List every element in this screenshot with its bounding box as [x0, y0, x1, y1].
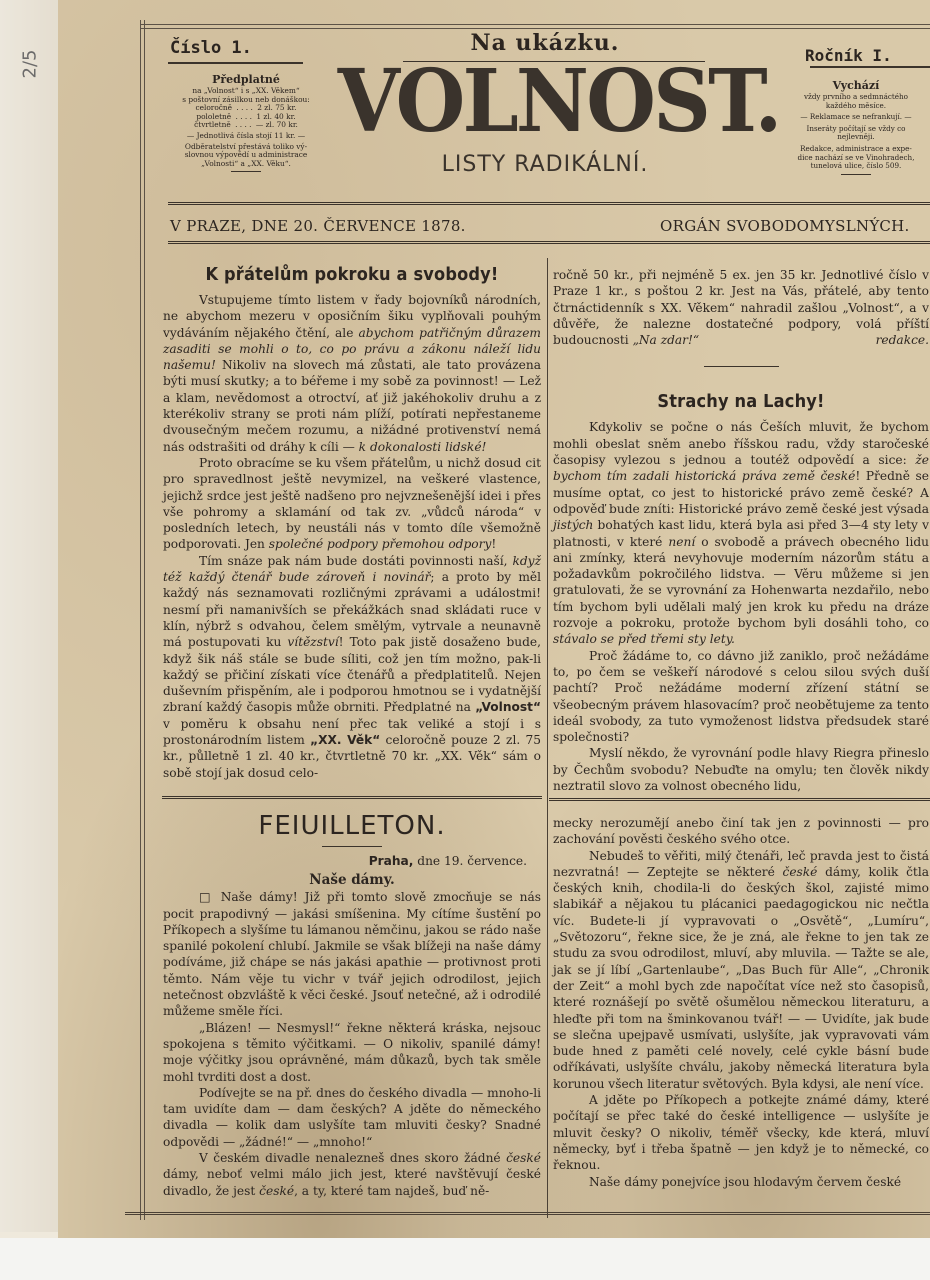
column-divider: [547, 258, 548, 1218]
price-row: čtvrtletně . . . . — zl. 70 kr.: [166, 121, 326, 130]
article-title: K přátelům pokroku a svobody!: [182, 262, 522, 288]
frame-line-left: [140, 20, 145, 1220]
feuilleton-right-column: mecky nerozumějí anebo činí tak jen z po…: [553, 815, 929, 1190]
article-continuation: ročně 50 kr., při nejméně 5 ex. jen 35 k…: [553, 267, 929, 348]
ads-note: nejlevněji.: [780, 133, 930, 142]
handwritten-margin-note: 2/5: [20, 39, 41, 79]
article-paragraph: Proto obracíme se ku všem přátelům, u ni…: [163, 455, 541, 553]
dateline-organ: ORGÁN SVOBODOMYSLNÝCH.: [660, 217, 910, 235]
price-dots: . . . .: [233, 121, 254, 130]
price-period: čtvrtletně: [194, 121, 231, 130]
volume-number: Ročník I.: [805, 46, 892, 65]
article-paragraph: Myslí někdo, že vyrovnání podle hlavy Ri…: [553, 745, 929, 794]
dateline-date: dne 19. července.: [413, 854, 527, 868]
publishing-info-box: Vychází vždy prvního a sedmnáctého každé…: [780, 78, 930, 175]
section-separator: [704, 366, 779, 367]
feuilleton-paragraph: Podívejte se na př. dnes do českého diva…: [163, 1085, 541, 1150]
feuilleton-small-rule: [322, 846, 382, 847]
feuilleton-paragraph: Nebudeš to věřiti, milý čtenáři, leč pra…: [553, 848, 929, 1092]
dateline-place-date: V PRAZE, DNE 20. ČERVENCE 1878.: [170, 217, 466, 235]
dateline-place: Praha,: [369, 854, 414, 868]
page-bottom-rule: [125, 1212, 930, 1215]
feuilleton-paragraph: A jděte po Příkopech a potkejte známé dá…: [553, 1092, 929, 1173]
issue-number: Číslo 1.: [170, 38, 252, 58]
article-paragraph: Tím snáze pak nám bude dostáti povinnost…: [163, 553, 541, 781]
feuilleton-subtitle: Naše dámy.: [163, 871, 541, 889]
newspaper-title: VOLNOST.: [338, 56, 757, 148]
ornament-rule: [231, 171, 261, 172]
article-signature: redakce.: [876, 332, 929, 348]
article-paragraph: Proč žádáme to, co dávno již zaniklo, pr…: [553, 648, 929, 746]
cancel-note: „Volnosti“ a „XX. Věku“.: [166, 160, 326, 169]
dateline-rule-bottom: [168, 241, 930, 244]
editorial-address: tunelová ulice, číslo 509.: [780, 162, 930, 171]
feuilleton-paragraph: „Blázen! — Nesmysl!“ řekne některá krásk…: [163, 1020, 541, 1085]
price-value: — zl. 70 kr.: [256, 121, 298, 130]
subscription-heading: Předplatné: [166, 72, 326, 87]
feuilleton-heading: FEIUILLETON.: [163, 808, 541, 844]
article-right-column: ročně 50 kr., při nejméně 5 ex. jen 35 k…: [553, 267, 929, 794]
single-issue-price: — Jednotlivá čísla stojí 11 kr. —: [166, 132, 326, 141]
issue-rule: [168, 62, 303, 64]
feuilleton-paragraph: V českém divadle nenalezneš dnes skoro ž…: [163, 1150, 541, 1199]
complaints-note: — Reklamace se nefrankují. —: [780, 113, 930, 122]
feuilleton-paragraph: Naše dámy ponejvíce jsou hlodavým červem…: [553, 1174, 929, 1190]
ornament-rule: [841, 174, 871, 175]
article-title: Strachy na Lachy!: [572, 389, 910, 415]
feuilleton-left-column: FEIUILLETON. Praha, dne 19. července. Na…: [163, 804, 541, 1199]
dateline-rule-top: [168, 202, 930, 205]
article-paragraph: Vstupujeme tímto listem v řady bojovníků…: [163, 292, 541, 455]
feuilleton-paragraph: □ Naše dámy! Již při tomto slově zmocňuj…: [163, 889, 541, 1019]
archive-tab-strip: 2/5: [0, 0, 61, 1232]
article-paragraph: Kdykoliv se počne o nás Češích mluvit, ž…: [553, 419, 929, 647]
volume-rule: [810, 66, 930, 68]
continuation-text: ročně 50 kr., při nejméně 5 ex. jen 35 k…: [553, 268, 929, 347]
article-left-column: K přátelům pokroku a svobody! Vstupujeme…: [163, 262, 541, 781]
newspaper-subtitle: LISTY RADIKÁLNÍ.: [320, 152, 770, 177]
feuilleton-dateline: Praha, dne 19. července.: [163, 853, 541, 869]
feuilleton-paragraph: mecky nerozumějí anebo činí tak jen z po…: [553, 815, 929, 848]
publishing-heading: Vychází: [780, 78, 930, 93]
frame-line-top: [140, 24, 930, 29]
subscription-box: Předplatné na „Volnost“ i s „XX. Věkem“ …: [166, 72, 326, 172]
feuilleton-rule: [162, 796, 542, 799]
publishing-schedule: každého měsíce.: [780, 102, 930, 111]
feuilleton-rule-right: [549, 798, 930, 801]
